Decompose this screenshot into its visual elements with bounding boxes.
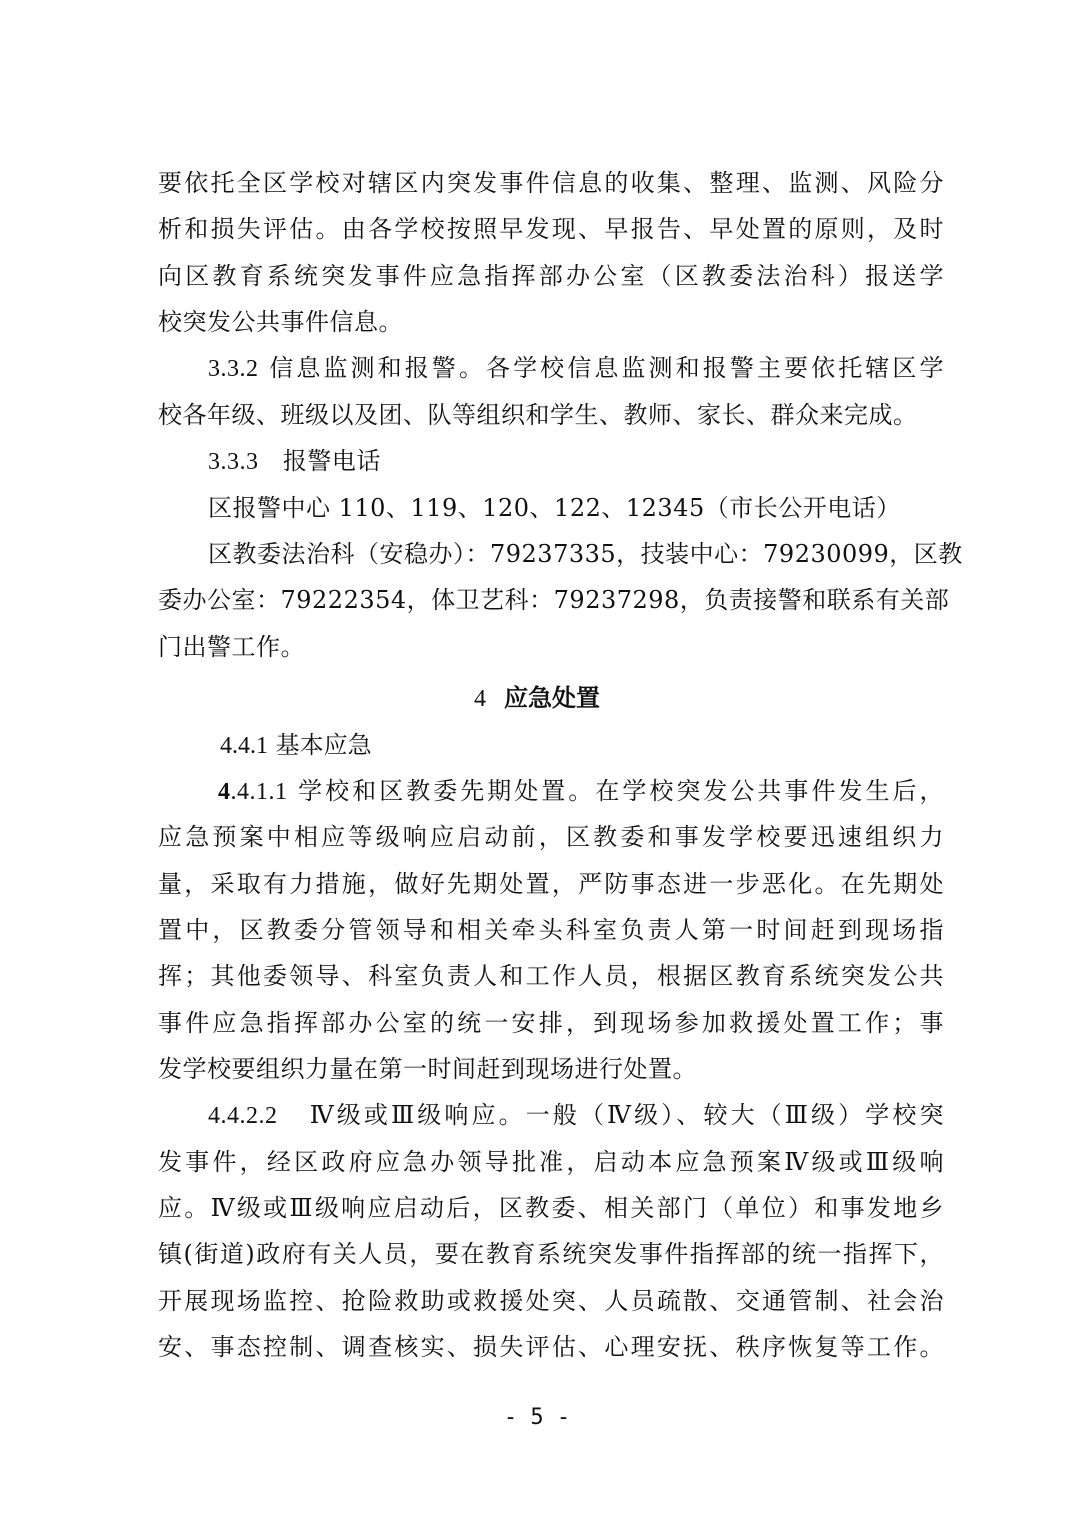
paragraph-line: 校各年级、班级以及团、队等组织和学生、教师、家长、群众来完成。 (158, 400, 944, 430)
section-number: 3.3.3 (208, 449, 259, 475)
paragraph-line: 要依托全区学校对辖区内突发事件信息的收集、整理、监测、风险分 (158, 168, 944, 198)
paragraph-line: 挥；其他委领导、科室负责人和工作人员，根据区教育系统突发公共 (158, 961, 944, 991)
section-number: 4.4.2.2 (208, 1103, 278, 1129)
section-number: 4.4.1 (220, 733, 268, 759)
page-number: - 5 - (0, 1403, 1074, 1433)
paragraph-line: 事件应急指挥部办公室的统一安排，到现场参加救援处置工作；事 (158, 1008, 944, 1038)
contact-line: 委办公室：79222354，体卫艺科：79237298，负责接警和联系有关部 (158, 585, 944, 615)
paragraph-line: 镇(街道)政府有关人员，要在教育系统突发事件指挥部的统一指挥下， (158, 1239, 944, 1269)
section-number: .4.1.1 (231, 779, 288, 805)
section-4-4-1-1-first-line: 4.4.1.1 学校和区教委先期处置。在学校突发公共事件发生后， (218, 776, 944, 806)
paragraph-line: 校突发公共事件信息。 (158, 307, 944, 337)
section-4-4-2-2-first-line: 4.4.2.2 Ⅳ级或Ⅲ级响应。一般（Ⅳ级）、较大（Ⅲ级）学校突 (208, 1100, 944, 1130)
section-4-4-1-heading: 4.4.1 基本应急 (220, 730, 372, 761)
paragraph-text: 学校和区教委先期处置。在学校突发公共事件发生后， (298, 777, 944, 805)
paragraph-line: 发学校要组织力量在第一时间赶到现场进行处置。 (158, 1054, 944, 1084)
chapter-title: 应急处置 (504, 684, 600, 712)
paragraph-line: 置中，区教委分管领导和相关牵头科室负责人第一时间赶到现场指 (158, 915, 944, 945)
paragraph-line: 量，采取有力措施，做好先期处置，严防事态进一步恶化。在先期处 (158, 869, 944, 899)
paragraph-line: 门出警工作。 (158, 632, 944, 662)
paragraph-line: 安、事态控制、调查核实、损失评估、心理安抚、秩序恢复等工作。 (158, 1332, 944, 1362)
paragraph-line: 应急预案中相应等级响应启动前，区教委和事发学校要迅速组织力 (158, 822, 944, 852)
chapter-heading: 4应急处置 (0, 683, 1074, 714)
chapter-number: 4 (474, 686, 486, 712)
contact-line: 区教委法治科（安稳办）：79237335，技装中心：79230099，区教 (208, 539, 944, 569)
section-number-bold: 4 (218, 779, 231, 805)
paragraph-line: 开展现场监控、抢险救助或救援处突、人员疏散、交通管制、社会治 (158, 1286, 944, 1316)
paragraph-line: 向区教育系统突发事件应急指挥部办公室（区教委法治科）报送学 (158, 261, 944, 291)
section-number: 3.3.2 (208, 356, 259, 382)
paragraph-line: 发事件，经区政府应急办领导批准，启动本应急预案Ⅳ级或Ⅲ级响 (158, 1147, 944, 1177)
section-3-3-3-heading: 3.3.3 报警电话 (208, 446, 944, 476)
paragraph-line: 应。Ⅳ级或Ⅲ级响应启动后，区教委、相关部门（单位）和事发地乡 (158, 1193, 944, 1223)
emergency-numbers-line: 区报警中心 110、119、120、122、12345（市长公开电话） (208, 493, 944, 523)
document-page: 要依托全区学校对辖区内突发事件信息的收集、整理、监测、风险分 析和损失评估。由各… (0, 0, 1074, 1520)
section-title: 基本应急 (276, 731, 372, 759)
section-title: 报警电话 (283, 447, 381, 475)
paragraph-line: 析和损失评估。由各学校按照早发现、早报告、早处置的原则，及时 (158, 214, 944, 244)
paragraph-text: 信息监测和报警。各学校信息监测和报警主要依托辖区学 (269, 354, 944, 382)
paragraph-text: Ⅳ级或Ⅲ级响应。一般（Ⅳ级）、较大（Ⅲ级）学校突 (310, 1101, 944, 1129)
section-3-3-2-first-line: 3.3.2 信息监测和报警。各学校信息监测和报警主要依托辖区学 (208, 353, 944, 383)
